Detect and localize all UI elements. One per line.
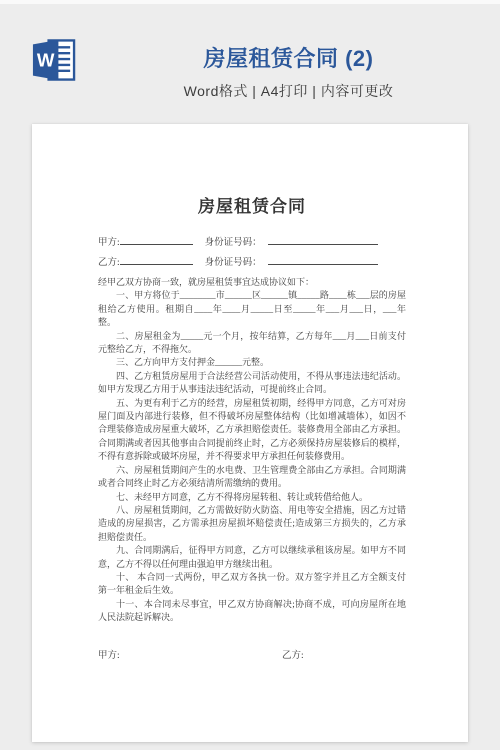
party-b-line: 乙方:身份证号码： (98, 253, 406, 273)
contract-clause: 四、乙方租赁房屋用于合法经营公司活动使用，不得从事违法违纪活动。如甲方发现乙方用… (98, 370, 406, 397)
svg-text:W: W (37, 49, 55, 70)
contract-clause: 九、合同期满后，征得甲方同意，乙方可以继续承租该房屋。如甲方不同意，乙方不得以任… (98, 544, 406, 571)
contract-clause: 七、未经甲方同意，乙方不得将房屋转租、转让或转借给他人。 (98, 491, 406, 504)
signature-party-b: 乙方: (282, 647, 304, 661)
party-b-id-label: 身份证号码： (205, 258, 262, 268)
contract-clause: 八、房屋租赁期间，乙方需做好防火防盗、用电等安全措施，因乙方过错造成的房屋损害，… (98, 504, 406, 544)
page-title: 房屋租赁合同 (2) (77, 42, 500, 73)
word-doc-icon: W (30, 38, 77, 82)
page-subtitle: Word格式 | A4打印 | 内容可更改 (77, 81, 500, 101)
party-b-label: 乙方: (98, 258, 120, 268)
party-a-id-blank (268, 235, 378, 245)
contract-intro: 经甲乙双方协商一致，就房屋租赁事宜达成协议如下： (98, 276, 406, 289)
contract-clause: 十、 本合同一式两份，甲乙双方各执一份。双方签字并且乙方全额支付第一年租金后生效… (98, 571, 406, 598)
contract-clause: 五、为更有利于乙方的经营，房屋租赁初期，经得甲方同意，乙方可对房屋门面及内部进行… (98, 397, 406, 464)
party-a-label: 甲方: (98, 238, 120, 248)
header: W 房屋租赁合同 (2) Word格式 | A4打印 | 内容可更改 (0, 0, 500, 110)
party-a-line: 甲方:身份证号码： (98, 233, 406, 253)
contract-title: 房屋租赁合同 (98, 192, 406, 217)
document-preview-page: 房屋租赁合同 甲方:身份证号码： 乙方:身份证号码： 经甲乙双方协商一致，就房屋… (32, 124, 468, 742)
contract-clauses: 一、甲方将位于________市______区______镇_____路____… (98, 289, 406, 624)
party-a-id-label: 身份证号码： (205, 238, 262, 248)
contract-clause: 十一、本合同未尽事宜，甲乙双方协商解决;协商不成，可向房屋所在地人民法院起诉解决… (98, 598, 406, 625)
party-b-name-blank (120, 255, 193, 265)
contract-clause: 三、乙方向甲方支付押金______元整。 (98, 356, 406, 369)
signature-party-a: 甲方: (98, 647, 282, 661)
contract-clause: 一、甲方将位于________市______区______镇_____路____… (98, 289, 406, 329)
contract-clause: 六、房屋租赁期间产生的水电费、卫生管理费全部由乙方承担。合同期满或者合同终止时乙… (98, 464, 406, 491)
signature-row: 甲方:乙方: (98, 647, 406, 661)
contract-clause: 二、房屋租金为_____元一个月，按年结算，乙方每年___月___日前支付元整给… (98, 330, 406, 357)
party-b-id-blank (268, 255, 378, 265)
party-a-name-blank (120, 235, 193, 245)
header-text: 房屋租赁合同 (2) Word格式 | A4打印 | 内容可更改 (77, 42, 500, 101)
